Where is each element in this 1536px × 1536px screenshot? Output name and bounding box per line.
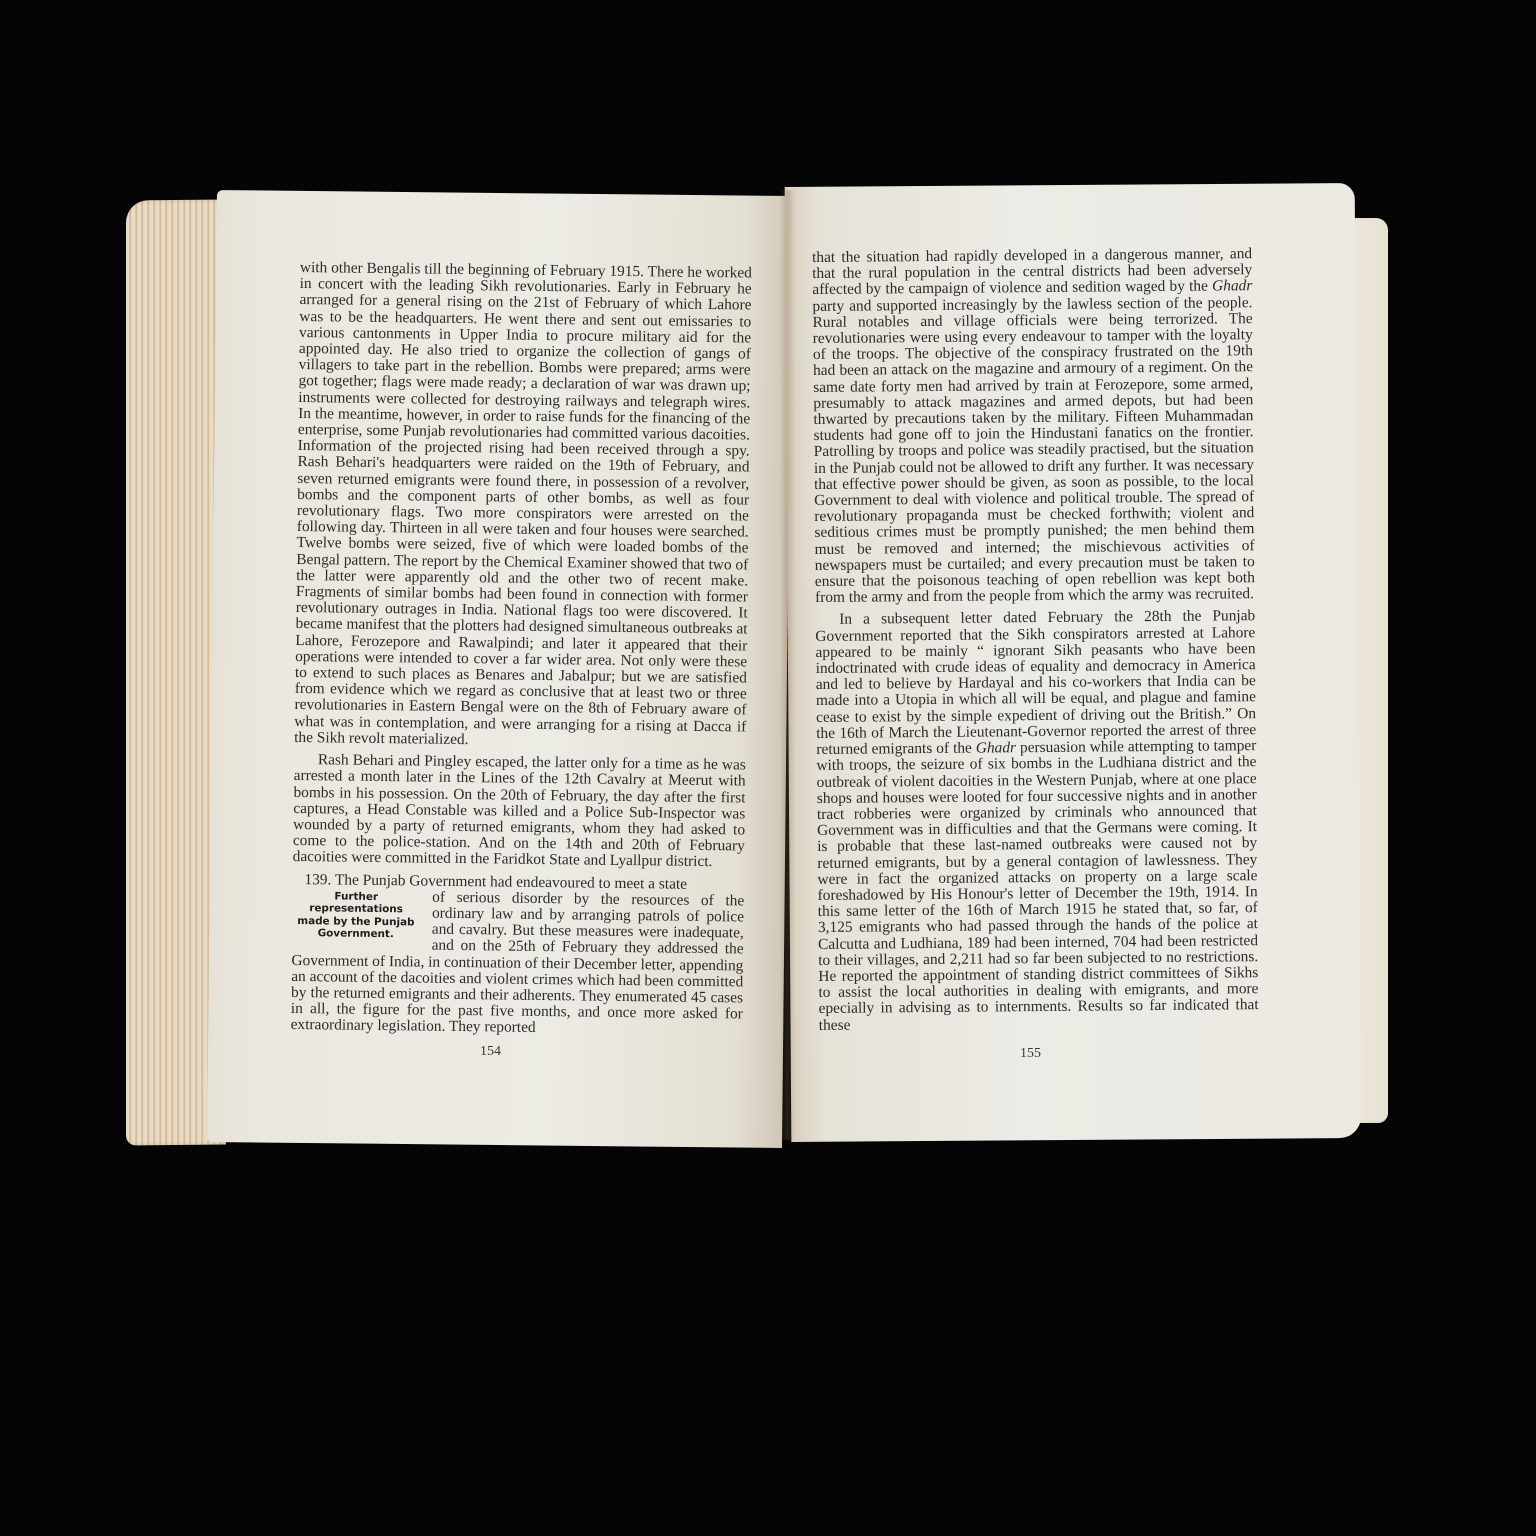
left-page-text: with other Bengalis till the beginning o… (291, 260, 752, 1039)
italic-term: Ghadr (976, 739, 1016, 756)
marginal-sidenote: Further representations made by the Punj… (292, 890, 421, 942)
paragraph: that the situation had rapidly developed… (812, 246, 1255, 606)
open-book: with other Bengalis till the beginning o… (0, 0, 1536, 1536)
section-139: 139. The Punjab Government had endeavour… (291, 871, 745, 1039)
paragraph: with other Bengalis till the beginning o… (294, 260, 752, 752)
italic-term: Ghadr (1212, 278, 1252, 295)
right-page-text: that the situation had rapidly developed… (812, 246, 1259, 1034)
page-number-right: 155 (1020, 1046, 1041, 1062)
paragraph: In a subsequent letter dated February th… (815, 609, 1259, 1034)
book-gutter (780, 190, 796, 1140)
page-number-left: 154 (480, 1044, 501, 1060)
section-number: 139. (304, 871, 331, 888)
paragraph: Rash Behari and Pingley escaped, the lat… (293, 752, 746, 871)
